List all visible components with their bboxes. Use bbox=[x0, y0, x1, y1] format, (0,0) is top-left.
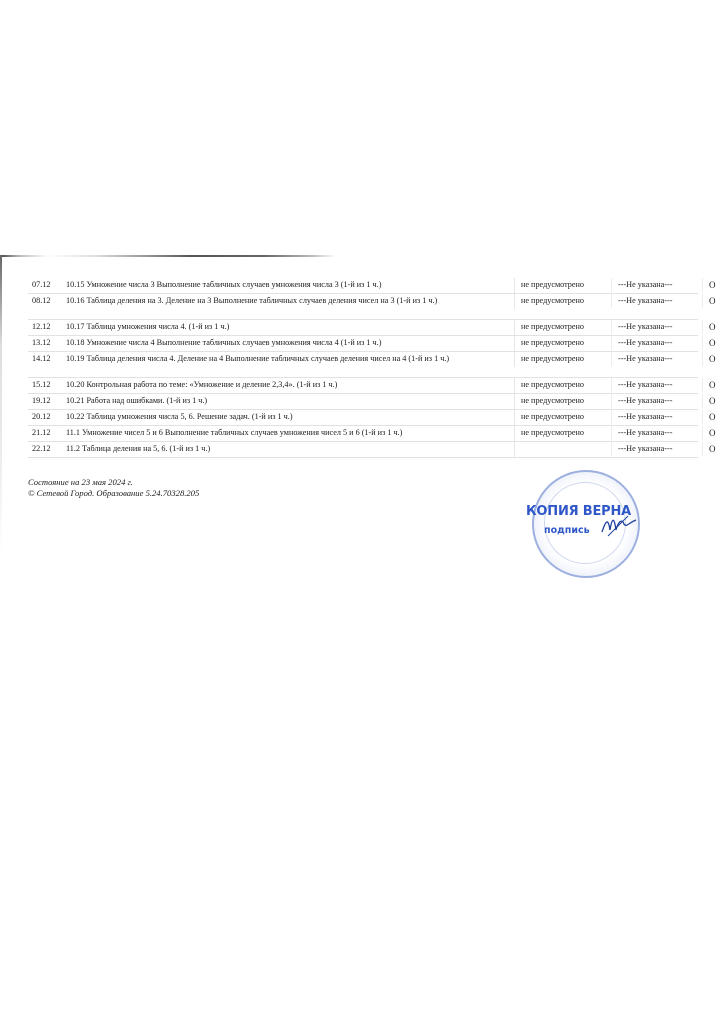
lesson-topic: 10.22 Таблица умножения числа 5, 6. Реше… bbox=[66, 410, 514, 424]
table-row: 15.12 10.20 Контрольная работа по теме: … bbox=[28, 378, 698, 394]
lesson-homework: не предусмотрено bbox=[514, 294, 611, 309]
table-row: 19.12 10.21 Работа над ошибками. (1-й из… bbox=[28, 394, 698, 410]
lesson-mark: ---Не указана--- bbox=[611, 394, 702, 408]
lesson-date: 08.12 bbox=[28, 294, 66, 308]
lesson-status: О bbox=[702, 320, 724, 334]
lesson-date: 20.12 bbox=[28, 410, 66, 424]
lesson-mark: ---Не указана--- bbox=[611, 378, 702, 392]
lesson-status: О bbox=[702, 426, 724, 440]
lesson-homework: не предусмотрено bbox=[514, 410, 611, 425]
lesson-status: О bbox=[702, 442, 724, 456]
lesson-date: 13.12 bbox=[28, 336, 66, 350]
lesson-topic: 11.2 Таблица деления на 5, 6. (1-й из 1 … bbox=[66, 442, 514, 456]
lesson-mark: ---Не указана--- bbox=[611, 410, 702, 424]
table-row: 12.12 10.17 Таблица умножения числа 4. (… bbox=[28, 320, 698, 336]
lesson-date: 14.12 bbox=[28, 352, 66, 366]
lesson-status: О bbox=[702, 352, 724, 366]
table-row: 07.12 10.15 Умножение числа 3 Выполнение… bbox=[28, 278, 698, 294]
signature-icon bbox=[598, 512, 638, 540]
scan-edge-top bbox=[0, 255, 480, 257]
lesson-status: О bbox=[702, 278, 724, 292]
lesson-homework: не предусмотрено bbox=[514, 278, 611, 293]
lesson-homework: не предусмотрено bbox=[514, 394, 611, 409]
lesson-date: 21.12 bbox=[28, 426, 66, 440]
lesson-table: 07.12 10.15 Умножение числа 3 Выполнение… bbox=[28, 278, 698, 458]
table-row: 08.12 10.16 Таблица деления на 3. Делени… bbox=[28, 294, 698, 320]
lesson-date: 15.12 bbox=[28, 378, 66, 392]
lesson-date: 07.12 bbox=[28, 278, 66, 292]
lesson-date: 12.12 bbox=[28, 320, 66, 334]
document-footer: Состояние на 23 мая 2024 г. © Сетевой Го… bbox=[28, 477, 199, 499]
status-date-line: Состояние на 23 мая 2024 г. bbox=[28, 477, 199, 488]
certified-copy-stamp: КОПИЯ ВЕРНА подпись bbox=[520, 466, 640, 586]
lesson-topic: 10.18 Умножение числа 4 Выполнение табли… bbox=[66, 336, 514, 350]
lesson-date: 19.12 bbox=[28, 394, 66, 408]
lesson-topic: 10.20 Контрольная работа по теме: «Умнож… bbox=[66, 378, 514, 392]
lesson-mark: ---Не указана--- bbox=[611, 320, 702, 334]
lesson-status: О bbox=[702, 336, 724, 350]
table-row: 20.12 10.22 Таблица умножения числа 5, 6… bbox=[28, 410, 698, 426]
lesson-homework: не предусмотрено bbox=[514, 336, 611, 351]
lesson-status: О bbox=[702, 410, 724, 424]
stamp-signature-label: подпись bbox=[544, 525, 590, 536]
scan-edge-left bbox=[0, 255, 2, 555]
lesson-homework: не предусмотрено bbox=[514, 320, 611, 335]
lesson-status: О bbox=[702, 394, 724, 408]
table-row: 14.12 10.19 Таблица деления числа 4. Дел… bbox=[28, 352, 698, 378]
lesson-topic: 10.19 Таблица деления числа 4. Деление н… bbox=[66, 352, 514, 366]
lesson-homework bbox=[514, 442, 611, 457]
lesson-topic: 10.16 Таблица деления на 3. Деление на 3… bbox=[66, 294, 514, 308]
lesson-mark: ---Не указана--- bbox=[611, 352, 702, 366]
lesson-mark: ---Не указана--- bbox=[611, 426, 702, 440]
lesson-date: 22.12 bbox=[28, 442, 66, 456]
lesson-mark: ---Не указана--- bbox=[611, 294, 702, 308]
table-row: 21.12 11.1 Умножение чисел 5 и 6 Выполне… bbox=[28, 426, 698, 442]
lesson-mark: ---Не указана--- bbox=[611, 278, 702, 292]
table-row: 22.12 11.2 Таблица деления на 5, 6. (1-й… bbox=[28, 442, 698, 458]
lesson-homework: не предусмотрено bbox=[514, 426, 611, 441]
lesson-status: О bbox=[702, 294, 724, 308]
lesson-homework: не предусмотрено bbox=[514, 352, 611, 367]
lesson-mark: ---Не указана--- bbox=[611, 336, 702, 350]
lesson-topic: 11.1 Умножение чисел 5 и 6 Выполнение та… bbox=[66, 426, 514, 440]
lesson-topic: 10.21 Работа над ошибками. (1-й из 1 ч.) bbox=[66, 394, 514, 408]
lesson-topic: 10.17 Таблица умножения числа 4. (1-й из… bbox=[66, 320, 514, 334]
lesson-mark: ---Не указана--- bbox=[611, 442, 702, 456]
lesson-homework: не предусмотрено bbox=[514, 378, 611, 393]
lesson-topic: 10.15 Умножение числа 3 Выполнение табли… bbox=[66, 278, 514, 292]
table-row: 13.12 10.18 Умножение числа 4 Выполнение… bbox=[28, 336, 698, 352]
copyright-line: © Сетевой Город. Образование 5.24.70328.… bbox=[28, 488, 199, 499]
lesson-status: О bbox=[702, 378, 724, 392]
